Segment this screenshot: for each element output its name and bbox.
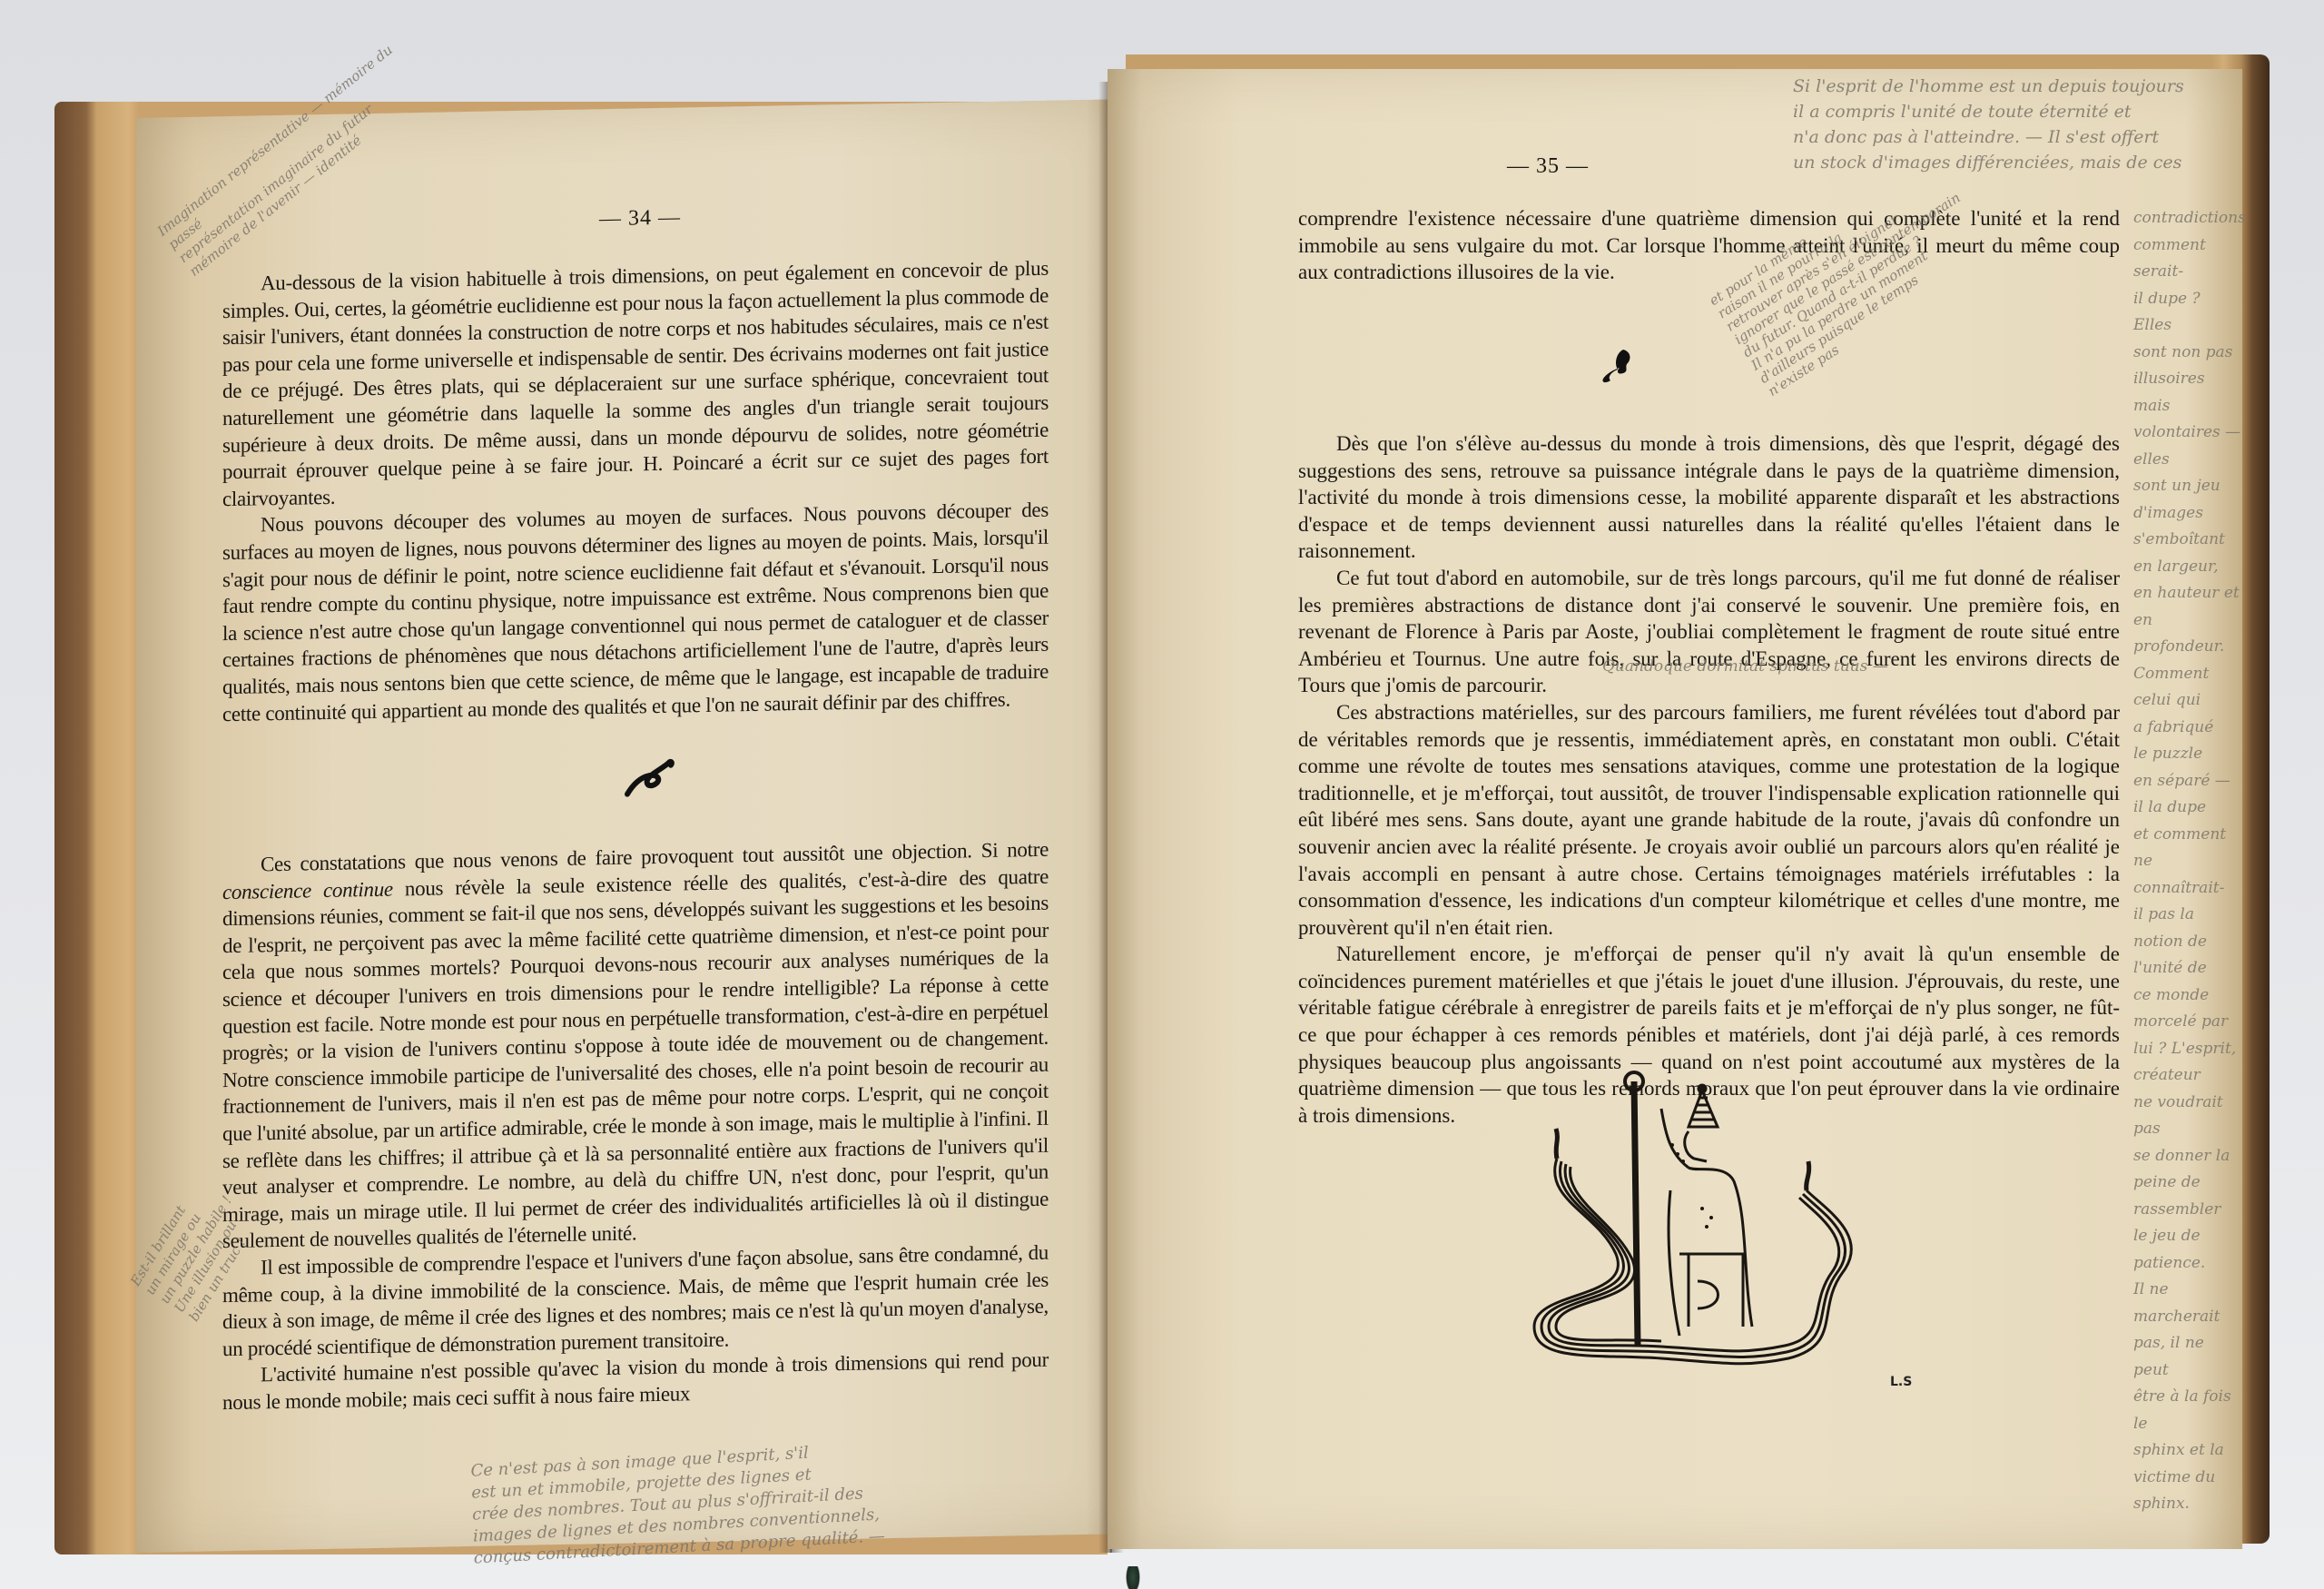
leaf-fleuron-icon	[1598, 346, 1638, 386]
page-number-right: — 35 —	[1507, 154, 1589, 179]
left-page-section-2: Ces constatations que nous venons de fai…	[222, 836, 1049, 1416]
paragraph: Il est impossible de comprendre l'espace…	[222, 1239, 1049, 1363]
illustration-signature: L.S	[1890, 1375, 1912, 1389]
pencil-annotation-inline: Quandoque dormitat spiritus tuus —	[1602, 655, 1911, 679]
illustration-seated-figure	[1516, 1054, 1897, 1390]
left-page-section-1: Au-dessous de la vision habituelle à tro…	[222, 255, 1049, 728]
pencil-annotation-top: Si l'esprit de l'homme est un depuis tou…	[1793, 74, 2238, 175]
right-page-body: Dès que l'on s'élève au-dessus du monde …	[1298, 430, 2120, 1129]
page-left: — 34 — Au-dessous de la vision habituell…	[136, 99, 1126, 1553]
paragraph: Au-dessous de la vision habituelle à tro…	[222, 255, 1049, 513]
pencil-annotation-right-margin: contradictions comment serait- il dupe ?…	[2133, 205, 2242, 1518]
page-right: — 35 — Si l'esprit de l'homme est un dep…	[1108, 69, 2242, 1549]
emphasis: conscience continue	[222, 877, 393, 903]
page-number-left: — 34 —	[599, 205, 681, 232]
spiral-fleuron-icon	[622, 757, 676, 802]
pencil-annotation-top-left: Imagination représentative — mémoire du …	[154, 21, 454, 281]
open-book: — 34 — Au-dessous de la vision habituell…	[54, 54, 2270, 1553]
paragraph: Dès que l'on s'élève au-dessus du monde …	[1298, 430, 2120, 565]
insect	[1126, 1566, 1140, 1589]
paragraph: Ces constatations que nous venons de fai…	[222, 836, 1049, 1255]
paragraph: Nous pouvons découper des volumes au moy…	[222, 497, 1049, 727]
paragraph: Ces abstractions matérielles, sur des pa…	[1298, 699, 2120, 941]
